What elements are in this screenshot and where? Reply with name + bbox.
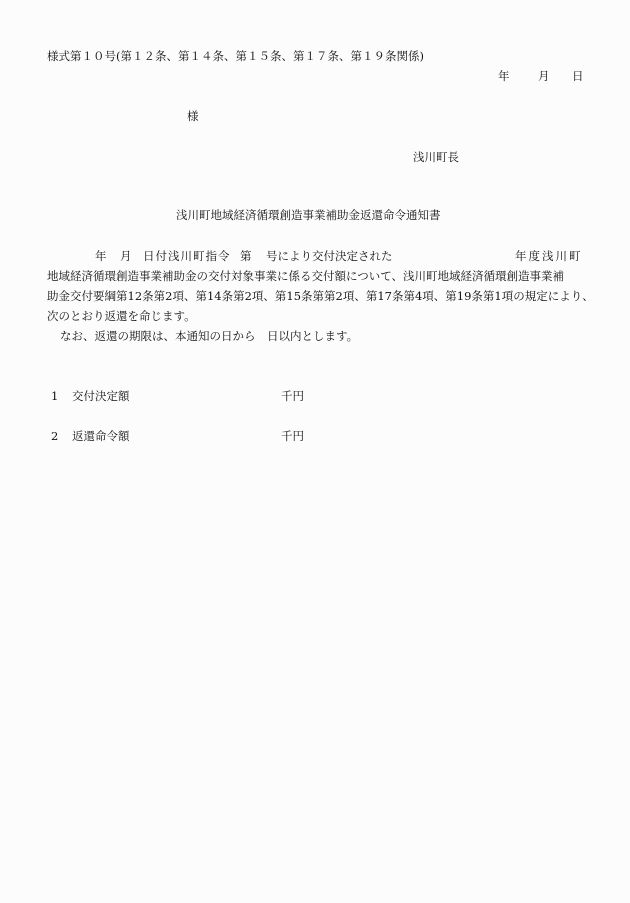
addressee-suffix: 様 [187, 111, 199, 123]
body-line-5: なお、返還の期限は、本通知の日から 日以内とします。 [60, 331, 597, 343]
body-line-2: 地域経済循環創造事業補助金の交付対象事業に係る交付額について、浅川町地域経済循環… [47, 271, 584, 283]
item-unit: 千円 [281, 431, 304, 443]
body-month-label: 月 [120, 251, 132, 263]
body-fiscal-year: 年度浅川町 [515, 251, 583, 263]
date-year-label: 年 [498, 71, 510, 83]
date-day-label: 日 [572, 71, 584, 83]
body-year-label: 年 [95, 251, 107, 263]
date-month-label: 月 [538, 71, 550, 83]
issuer-name: 浅川町長 [413, 152, 459, 164]
body-dai-label: 第 [240, 251, 252, 263]
form-number: 様式第１０号(第１２条、第１４条、第１５条、第１７条、第１９条関係) [47, 51, 424, 63]
item-number: 1 [51, 391, 58, 403]
body-line-3: 助金交付要綱第12条第2項、第14条第2項、第15条第第2項、第17条第4項、第… [47, 291, 584, 303]
body-line-4: 次のとおり返還を命じます。 [47, 311, 584, 323]
document-title: 浅川町地域経済循環創造事業補助金返還命令通知書 [176, 210, 441, 222]
body-line1-rest: 号により交付決定された [266, 251, 393, 263]
item-unit: 千円 [281, 391, 304, 403]
item-label: 交付決定額 [72, 391, 130, 403]
body-dated-text: 日付浅川町指令 [143, 251, 231, 263]
item-label: 返還命令額 [72, 431, 130, 443]
item-number: 2 [51, 431, 58, 443]
